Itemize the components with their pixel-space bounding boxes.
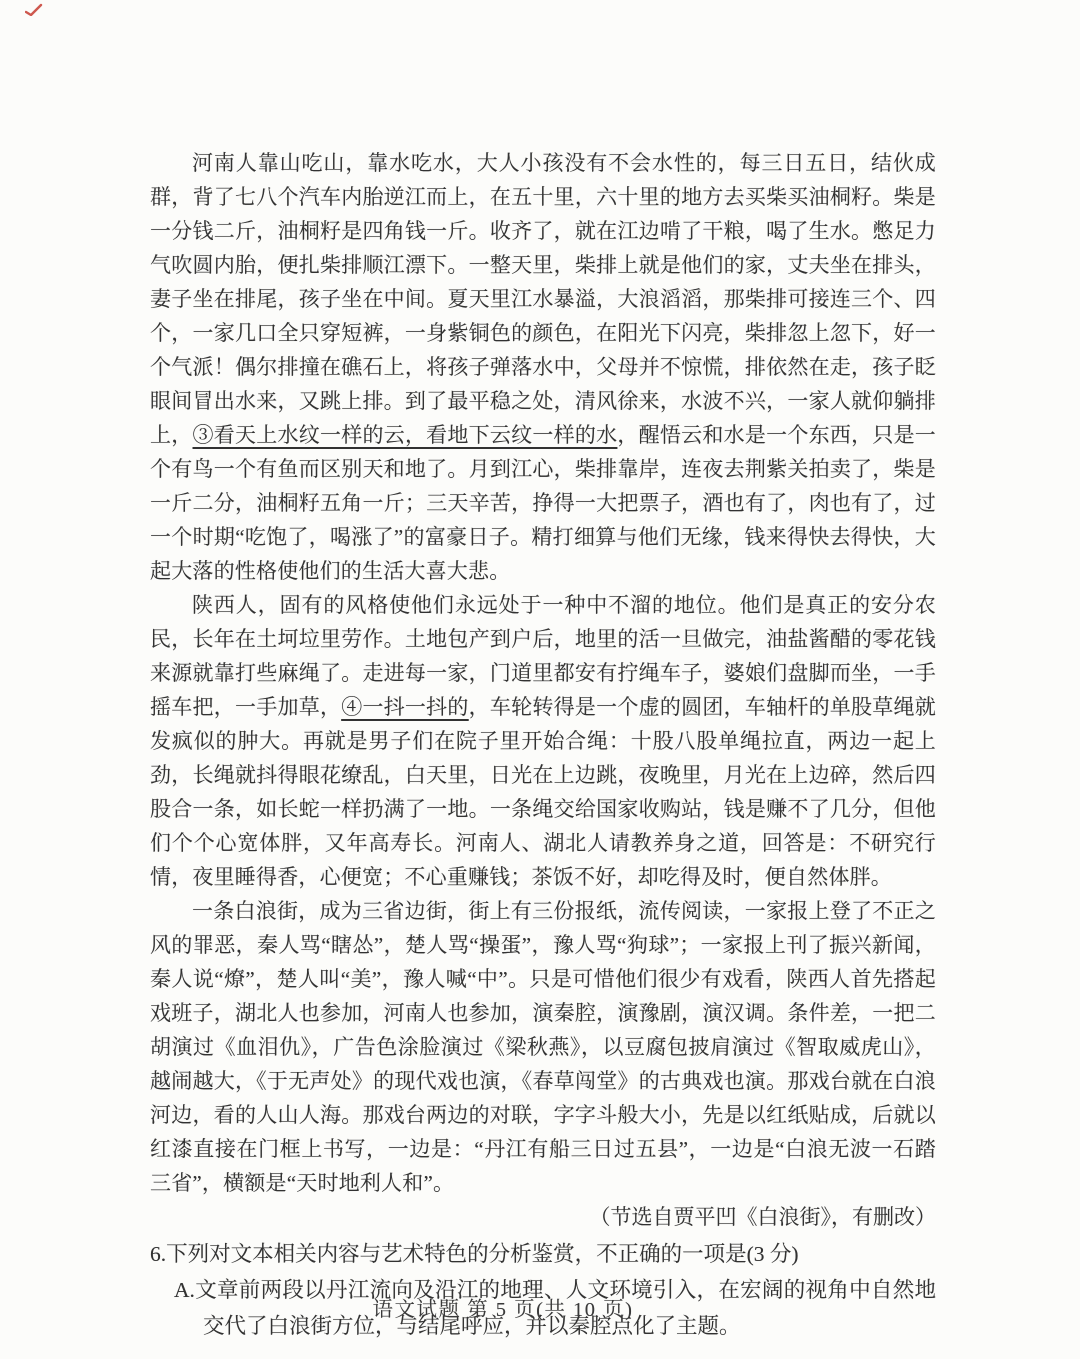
paragraph-1-text-after: ，醒悟云和水是一个东西，只是一个有鸟一个有鱼而区别天和地了。月到江心，柴排靠岸，…	[150, 423, 936, 583]
underlined-sentence-3: ③看天上水纹一样的云，看地下云纹一样的水	[193, 423, 618, 447]
page-footer: 语文试题 第 5 页(共 10 页)	[110, 1292, 896, 1322]
red-scan-mark-icon	[25, 3, 43, 16]
question-stem-text: 下列对文本相关内容与艺术特色的分析鉴赏，不正确的一项是(3 分)	[166, 1242, 798, 1266]
passage-paragraph-1: 河南人靠山吃山，靠水吃水，大人小孩没有不会水性的，每三日五日，结伙成群，背了七八…	[150, 146, 936, 588]
passage-paragraph-3: 一条白浪街，成为三省边街，街上有三份报纸，流传阅读，一家报上登了不正之风的罪恶，…	[150, 894, 936, 1200]
question-6-stem: 6.下列对文本相关内容与艺术特色的分析鉴赏，不正确的一项是(3 分)	[150, 1236, 936, 1272]
paragraph-3-text: 一条白浪街，成为三省边街，街上有三份报纸，流传阅读，一家报上登了不正之风的罪恶，…	[150, 899, 936, 1195]
passage-paragraph-2: 陕西人，固有的风格使他们永远处于一种中不溜的地位。他们是真正的安分农民，长年在土…	[150, 588, 936, 894]
paragraph-1-text: 河南人靠山吃山，靠水吃水，大人小孩没有不会水性的，每三日五日，结伙成群，背了七八…	[150, 151, 936, 447]
underlined-sentence-4: ④一抖一抖的	[341, 695, 468, 719]
exam-page: 河南人靠山吃山，靠水吃水，大人小孩没有不会水性的，每三日五日，结伙成群，背了七八…	[0, 0, 1080, 1359]
paragraph-2-text-after: ，车轮转得是一个虚的圆团，车轴杆的单股草绳就发疯似的肿大。再就是男子们在院子里开…	[150, 695, 936, 889]
source-attribution: （节选自贾平凹《白浪街》，有删改）	[150, 1200, 936, 1234]
question-number: 6.	[150, 1242, 166, 1266]
page-content: 河南人靠山吃山，靠水吃水，大人小孩没有不会水性的，每三日五日，结伙成群，背了七八…	[150, 146, 936, 1344]
